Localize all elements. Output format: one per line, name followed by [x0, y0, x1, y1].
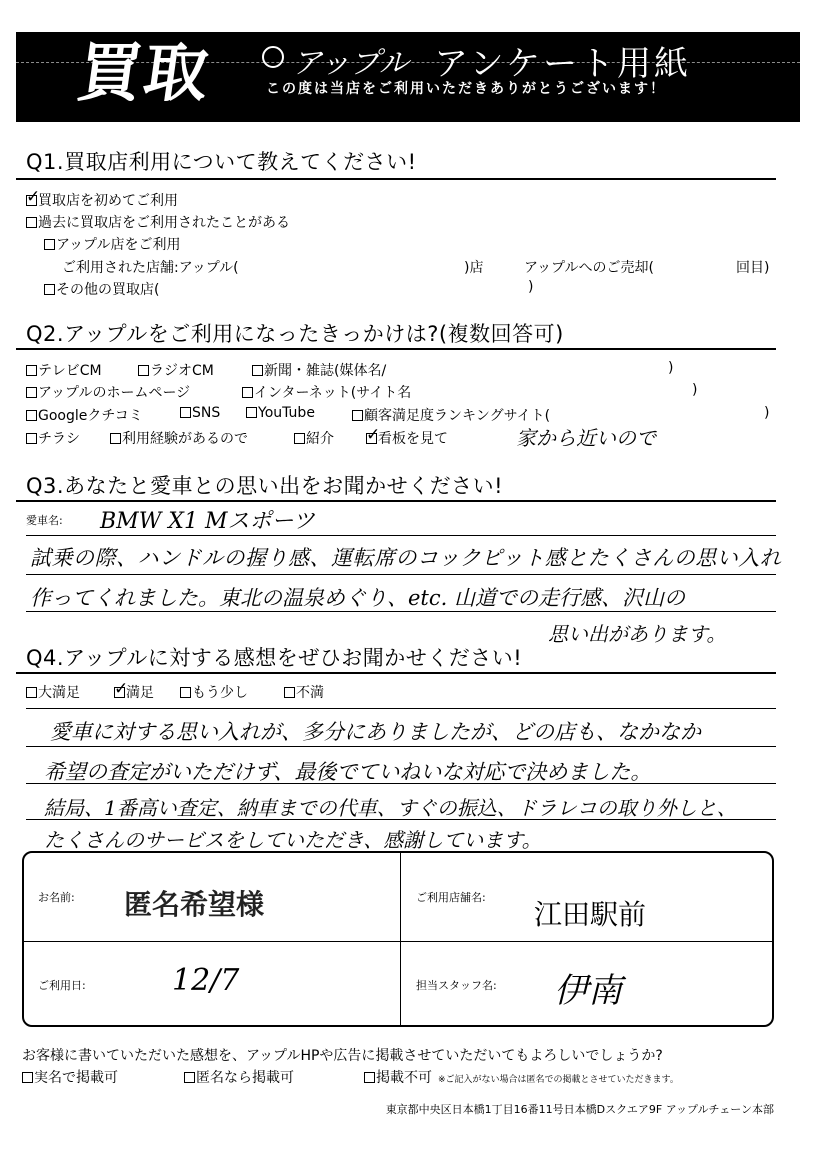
- kaitori-logo: 買取: [72, 28, 217, 120]
- date-value: 12/7: [172, 963, 239, 998]
- checkbox[interactable]: [180, 407, 191, 418]
- checkbox[interactable]: [26, 410, 37, 421]
- q4-write-line: [26, 708, 776, 709]
- q4-write-line: [26, 746, 776, 747]
- q1-title: Q1.買取店利用について教えてください!: [26, 146, 417, 176]
- q4-option-somewhat[interactable]: もう少し: [180, 682, 248, 702]
- q2-newspaper-close: ): [668, 360, 673, 376]
- q2-option-newspaper[interactable]: 新聞・雑誌(媒体名/: [252, 360, 386, 380]
- brand-name: アップル: [292, 38, 409, 82]
- publish-consent-question: お客様に書いていただいた感想を、アップルHPや広告に掲載させていただいてもよろし…: [22, 1045, 663, 1065]
- q2-option-referral[interactable]: 紹介: [294, 428, 334, 448]
- q4-rule: [16, 672, 776, 674]
- q3-memory-line-1: 試乗の際、ハンドルの握り感、運転席のコックピット感とたくさんの思い入れ: [30, 542, 781, 572]
- q4-comment-line-1: 愛車に対する思い入れが、多分にありましたが、どの店も、なかなか: [50, 716, 701, 746]
- header-banner: 買取 アップル アンケート用紙 この度は当店をご利用いただきありがとうございます…: [16, 32, 800, 122]
- date-label: ご利用日:: [38, 977, 86, 993]
- checkbox[interactable]: [352, 410, 363, 421]
- q1-sale-count-suffix: 回目): [736, 257, 769, 277]
- q3-write-line: [26, 574, 776, 575]
- q1-option-other-store[interactable]: その他の買取店(: [44, 279, 159, 299]
- q2-rule: [16, 348, 776, 350]
- q4-comment-line-2: 希望の査定がいただけず、最後でていねいな対応で決めました。: [44, 756, 651, 786]
- q1-option-used-before[interactable]: 過去に買取店をご利用されたことがある: [26, 212, 290, 232]
- name-label: お名前:: [38, 889, 75, 905]
- q3-write-line: [26, 611, 776, 612]
- q2-option-sns[interactable]: SNS: [180, 405, 220, 421]
- q4-title: Q4.アップルに対する感想をぜひお聞かせください!: [26, 642, 522, 672]
- name-value: 匿名希望様: [124, 883, 264, 923]
- checkbox[interactable]: [180, 687, 191, 698]
- consent-anonymous[interactable]: 匿名なら掲載可: [184, 1067, 364, 1087]
- q2-handwritten-note: 家から近いので: [516, 422, 656, 451]
- checkbox[interactable]: [44, 239, 55, 250]
- q1-sale-count-label: アップルへのご売却(: [524, 257, 654, 277]
- staff-label: 担当スタッフ名:: [416, 977, 497, 993]
- q2-option-tv[interactable]: テレビCM: [26, 360, 102, 380]
- hq-address: 東京都中央区日本橋1丁目16番11号日本橋Dスクエア9F アップルチェーン本部: [386, 1101, 774, 1117]
- q1-other-close: ): [528, 279, 533, 295]
- checkbox[interactable]: [138, 365, 149, 376]
- q3-write-line: [26, 535, 776, 536]
- q1-rule: [16, 178, 776, 180]
- consent-real-name[interactable]: 実名で掲載可: [22, 1067, 184, 1087]
- checkbox[interactable]: [26, 387, 37, 398]
- checkbox[interactable]: [184, 1072, 195, 1083]
- q4-option-dissatisfied[interactable]: 不満: [284, 682, 324, 702]
- checkbox-checked[interactable]: [114, 687, 125, 698]
- q4-comment-line-3: 結局、1番高い査定、納車までの代車、すぐの振込、ドラレコの取り外しと、: [44, 792, 737, 821]
- q2-option-radio[interactable]: ラジオCM: [138, 360, 214, 380]
- checkbox[interactable]: [284, 687, 295, 698]
- checkbox[interactable]: [44, 284, 55, 295]
- q1-option-apple-store[interactable]: アップル店をご利用: [44, 234, 180, 254]
- q1-store-suffix: )店: [464, 257, 483, 277]
- q3-car-label: 愛車名:: [26, 512, 63, 528]
- checkbox[interactable]: [252, 365, 263, 376]
- q2-option-google[interactable]: Googleクチコミ: [26, 405, 143, 425]
- q4-option-satisfied[interactable]: 満足: [114, 682, 154, 702]
- checkbox[interactable]: [26, 687, 37, 698]
- q4-write-line: [26, 819, 776, 820]
- checkbox-checked[interactable]: [366, 433, 377, 444]
- checkbox[interactable]: [26, 433, 37, 444]
- apple-logo-icon: [262, 46, 284, 68]
- q3-car-name: BMW X1 Mスポーツ: [100, 504, 315, 535]
- q3-rule: [16, 500, 776, 502]
- q1-store-used-label: ご利用された店舗:アップル(: [62, 257, 239, 277]
- customer-info-box: お名前: 匿名希望様 ご利用店舗名: 江田駅前 ご利用日: 12/7 担当スタッ…: [22, 851, 774, 1027]
- q2-internet-close: ): [692, 382, 697, 398]
- q3-memory-line-3: 思い出があります。: [548, 618, 726, 647]
- staff-value: 伊南: [554, 963, 622, 1012]
- q2-option-experience[interactable]: 利用経験があるので: [110, 428, 248, 448]
- q3-title: Q3.あなたと愛車との思い出をお聞かせください!: [26, 470, 503, 500]
- checkbox[interactable]: [26, 217, 37, 228]
- q2-title: Q2.アップルをご利用になったきっかけは?(複数回答可): [26, 318, 564, 348]
- checkbox[interactable]: [22, 1072, 33, 1083]
- consent-none[interactable]: 掲載不可: [364, 1067, 432, 1087]
- checkbox-checked[interactable]: [26, 195, 37, 206]
- q1-option-first-time[interactable]: 買取店を初めてご利用: [26, 190, 178, 210]
- checkbox[interactable]: [110, 433, 121, 444]
- q4-option-very-satisfied[interactable]: 大満足: [26, 682, 80, 702]
- info-box-divider: [24, 941, 772, 942]
- checkbox[interactable]: [364, 1072, 375, 1083]
- q2-option-internet[interactable]: インターネット(サイト名: [242, 382, 411, 402]
- consent-note: ※ご記入がない場合は匿名での掲載とさせていただきます。: [438, 1075, 679, 1085]
- checkbox[interactable]: [26, 365, 37, 376]
- checkbox[interactable]: [294, 433, 305, 444]
- q2-option-signboard[interactable]: 看板を見て: [366, 428, 448, 448]
- store-label: ご利用店舗名:: [416, 889, 486, 905]
- form-subtitle: この度は当店をご利用いただきありがとうございます！: [266, 78, 666, 98]
- q2-option-youtube[interactable]: YouTube: [246, 405, 315, 421]
- store-value: 江田駅前: [534, 893, 646, 933]
- q4-comment-line-4: たくさんのサービスをしていただき、感謝しています。: [44, 824, 542, 853]
- q2-option-homepage[interactable]: アップルのホームページ: [26, 382, 190, 402]
- q3-memory-line-2: 作ってくれました。東北の温泉めぐり、etc. 山道での走行感、沢山の: [30, 582, 685, 612]
- info-box-divider: [400, 853, 401, 1025]
- q2-option-flyer[interactable]: チラシ: [26, 428, 80, 448]
- checkbox[interactable]: [242, 387, 253, 398]
- q2-ranking-close: ): [764, 405, 769, 421]
- checkbox[interactable]: [246, 407, 257, 418]
- publish-consent-options: 実名で掲載可匿名なら掲載可掲載不可※ご記入がない場合は匿名での掲載とさせていただ…: [22, 1067, 679, 1087]
- q4-write-line: [26, 783, 776, 784]
